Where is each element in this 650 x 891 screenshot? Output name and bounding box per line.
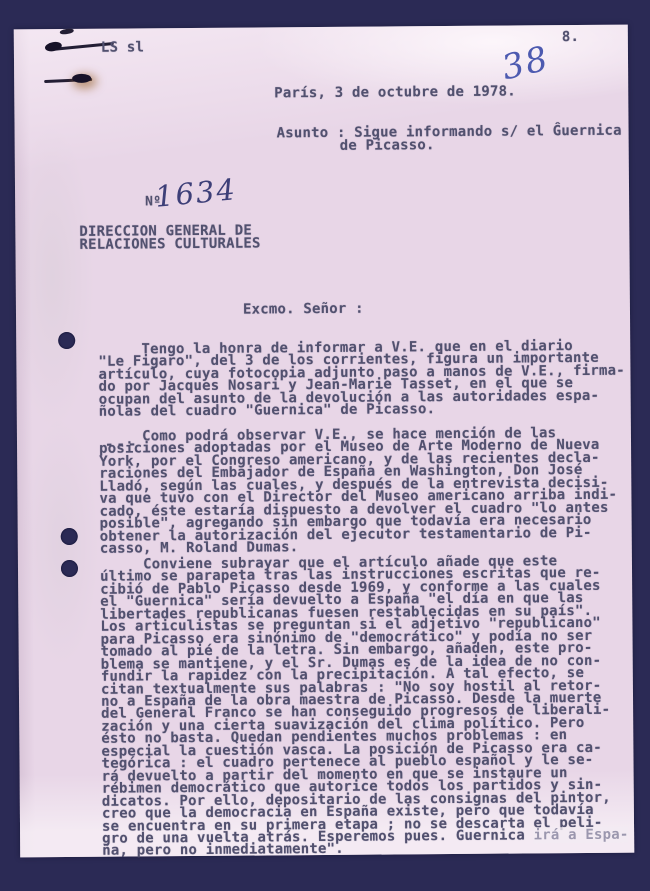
ink-smudge-mark [59,28,74,35]
handwritten-document-number: 1634 [154,172,239,214]
scanned-letter-background: { "colors": { "background_navy": "#2b2a5… [0,0,650,891]
text-line: ñolas del cuadro "Guernica" de Picasso. [99,402,625,419]
paragraph: Conviene subrayar que el artículo añade … [100,555,629,858]
staple-rust-stain [72,74,91,83]
place-date-line: París, 3 de octubre de 1978. [274,84,516,100]
paragraph: Tengo la honra de informar a V.E. que en… [98,340,625,419]
subject-line: Asunto : Sigue informando s/ el Ĝuernica [277,124,622,141]
faded-text-segment: irá a Espa- [533,827,628,844]
punch-hole [61,560,78,577]
page-number: 8. [562,30,579,44]
punch-hole [61,528,78,545]
punch-hole [58,332,75,349]
salutation: Excmo. Señor : [243,302,364,317]
paragraph: Como podrá observar V.E., se hace menció… [99,427,618,556]
document-page: LS sl 8. 38 París, 3 de octubre de 1978.… [14,25,634,858]
handwritten-folio-number: 38 [498,38,553,88]
subject-line-continuation: de Picasso. [340,138,435,153]
typist-reference: LS sl [101,40,144,54]
department-name: RELACIONES CULTURALES [79,236,260,251]
staple-mark-icon [44,41,62,53]
